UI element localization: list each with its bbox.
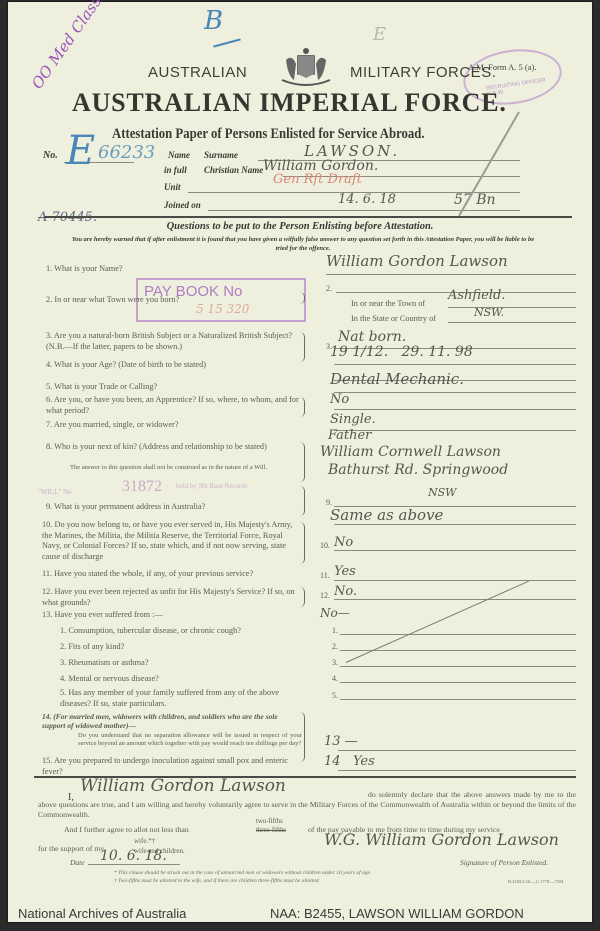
header-right-title: MILITARY FORCES. bbox=[350, 64, 496, 81]
in-full-label: in full bbox=[164, 165, 187, 175]
service-number: 66233 bbox=[98, 142, 155, 163]
question-8-note: The answer to this question shall not be… bbox=[70, 464, 302, 472]
question-15: 15. Are you prepared to undergo inoculat… bbox=[42, 756, 302, 777]
allotment-text-1: And I further agree to allot not less th… bbox=[64, 825, 189, 834]
question-14-subtext: Do you understand that no separation all… bbox=[78, 732, 302, 748]
question-13-4: 4. Mental or nervous disease? bbox=[60, 674, 159, 685]
question-4: 4. What is your Age? (Date of birth to b… bbox=[46, 360, 206, 371]
question-14: 14. (For married men, widowers with chil… bbox=[42, 712, 302, 730]
questions-title: Questions to be put to the Person Enlist… bbox=[8, 221, 592, 232]
question-7: 7. Are you married, single, or widower? bbox=[46, 420, 179, 431]
answer-12: No. bbox=[334, 584, 357, 599]
subtitle: Attestation Paper of Persons Enlisted fo… bbox=[112, 126, 425, 143]
answer-10: No bbox=[334, 535, 353, 550]
archive-reference: NAA: B2455, LAWSON WILLIAM GORDON bbox=[270, 906, 524, 921]
question-10: 10. Do you now belong to, or have you ev… bbox=[42, 520, 302, 562]
letter-e-annotation: E bbox=[373, 24, 386, 45]
question-11: 11. Have you stated the whole, if any, o… bbox=[42, 569, 253, 580]
state-label: In the State or Country of bbox=[351, 314, 436, 325]
date-label: Date bbox=[70, 858, 85, 867]
answer-1: William Gordon Lawson bbox=[326, 252, 508, 270]
answer-14: 13 — bbox=[324, 734, 358, 749]
answer-8-address: Bathurst Rd. Springwood bbox=[328, 462, 508, 478]
big-e-annotation: E bbox=[66, 128, 95, 174]
signature-label: Signature of Person Enlisted. bbox=[460, 858, 548, 867]
will-label: "WILL" No bbox=[38, 488, 72, 496]
answer-9: Same as above bbox=[330, 506, 443, 524]
answer-7: Single. bbox=[330, 412, 376, 427]
unit-value: Gen Rft Draft bbox=[273, 172, 362, 187]
allotment-fraction: two-fifths three-fifths bbox=[256, 817, 286, 835]
footnote-1: * This clause should be struck out in th… bbox=[114, 870, 371, 876]
question-1: 1. What is your Name? bbox=[46, 264, 123, 275]
declaration-text: do solemnly declare that the above answe… bbox=[38, 790, 576, 820]
christian-name-label: Christian Name bbox=[204, 165, 263, 175]
question-8: 8. Who is your next of kin? (Address and… bbox=[46, 442, 301, 453]
question-12: 12. Have you ever been rejected as unfit… bbox=[42, 587, 302, 608]
birth-state: NSW. bbox=[474, 306, 504, 319]
question-13-5: 5. Has any member of your family suffere… bbox=[60, 688, 302, 709]
answer-8-state: NSW bbox=[428, 486, 456, 499]
answer-8-relationship: Father bbox=[328, 428, 371, 443]
question-13: 13. Have you ever suffered from :— bbox=[42, 610, 163, 621]
question-13-3: 3. Rheumatism or asthma? bbox=[60, 658, 149, 669]
birth-town: Ashfield. bbox=[448, 288, 505, 303]
answer-5: Dental Mechanic. bbox=[330, 370, 464, 388]
answer-8-name: William Cornwell Lawson bbox=[320, 444, 501, 460]
answer-11: Yes bbox=[334, 564, 356, 579]
joined-value: 14. 6. 18 bbox=[338, 192, 396, 207]
no-label: No. bbox=[43, 150, 58, 161]
question-9: 9. What is your permanent address in Aus… bbox=[46, 502, 205, 513]
joined-label: Joined on bbox=[164, 200, 201, 210]
question-5: 5. What is your Trade or Calling? bbox=[46, 382, 157, 393]
false-answer-warning: You are hereby warned that if after enli… bbox=[68, 235, 538, 253]
question-13-2: 2. Fits of any kind? bbox=[60, 642, 124, 653]
underline-mark bbox=[213, 38, 241, 47]
coat-of-arms-icon bbox=[276, 46, 336, 90]
question-3: 3. Are you a natural-born British Subjec… bbox=[46, 331, 301, 352]
letter-b-annotation: B bbox=[204, 6, 223, 36]
answer-3: Nat born. bbox=[338, 329, 406, 345]
archive-name: National Archives of Australia bbox=[18, 906, 186, 921]
will-held-by: held by 9th Base Records bbox=[176, 482, 248, 490]
header-left-title: AUSTRALIAN bbox=[148, 64, 247, 81]
answer-4: 19 1/12. 29. 11. 98 bbox=[330, 344, 473, 360]
date-value: 10. 6. 18. bbox=[100, 848, 167, 864]
support-label: for the support of my bbox=[38, 844, 104, 853]
town-label: In or near the Town of bbox=[351, 299, 425, 310]
medical-classified-annotation: OO Med Classified bbox=[28, 0, 124, 92]
answer-13: No— bbox=[320, 606, 350, 620]
unit-label: Unit bbox=[164, 182, 181, 192]
signature: W.G. William Gordon Lawson bbox=[324, 830, 559, 849]
answer-6: No bbox=[330, 392, 349, 407]
attestation-paper: OO Med Classified B E A.M. Form A. 5 (a)… bbox=[8, 2, 592, 922]
answer-15: 14 Yes bbox=[324, 754, 375, 769]
question-13-1: 1. Consumption, tubercular disease, or c… bbox=[60, 626, 241, 637]
footnote-2: † Two-fifths must be allotted to the wif… bbox=[114, 878, 320, 884]
print-code: B.2183/2.16.—C.1778.—75M. bbox=[508, 879, 564, 884]
will-number: 31872 bbox=[122, 478, 162, 496]
joined-extra: 57 Bn bbox=[454, 192, 496, 208]
main-title: AUSTRALIAN IMPERIAL FORCE. bbox=[72, 88, 507, 118]
surname-label: Surname bbox=[204, 150, 238, 160]
name-label: Name bbox=[168, 150, 190, 160]
question-6: 6. Are you, or have you been, an Apprent… bbox=[46, 395, 301, 416]
question-2: 2. In or near what Town were you born? bbox=[46, 295, 179, 306]
